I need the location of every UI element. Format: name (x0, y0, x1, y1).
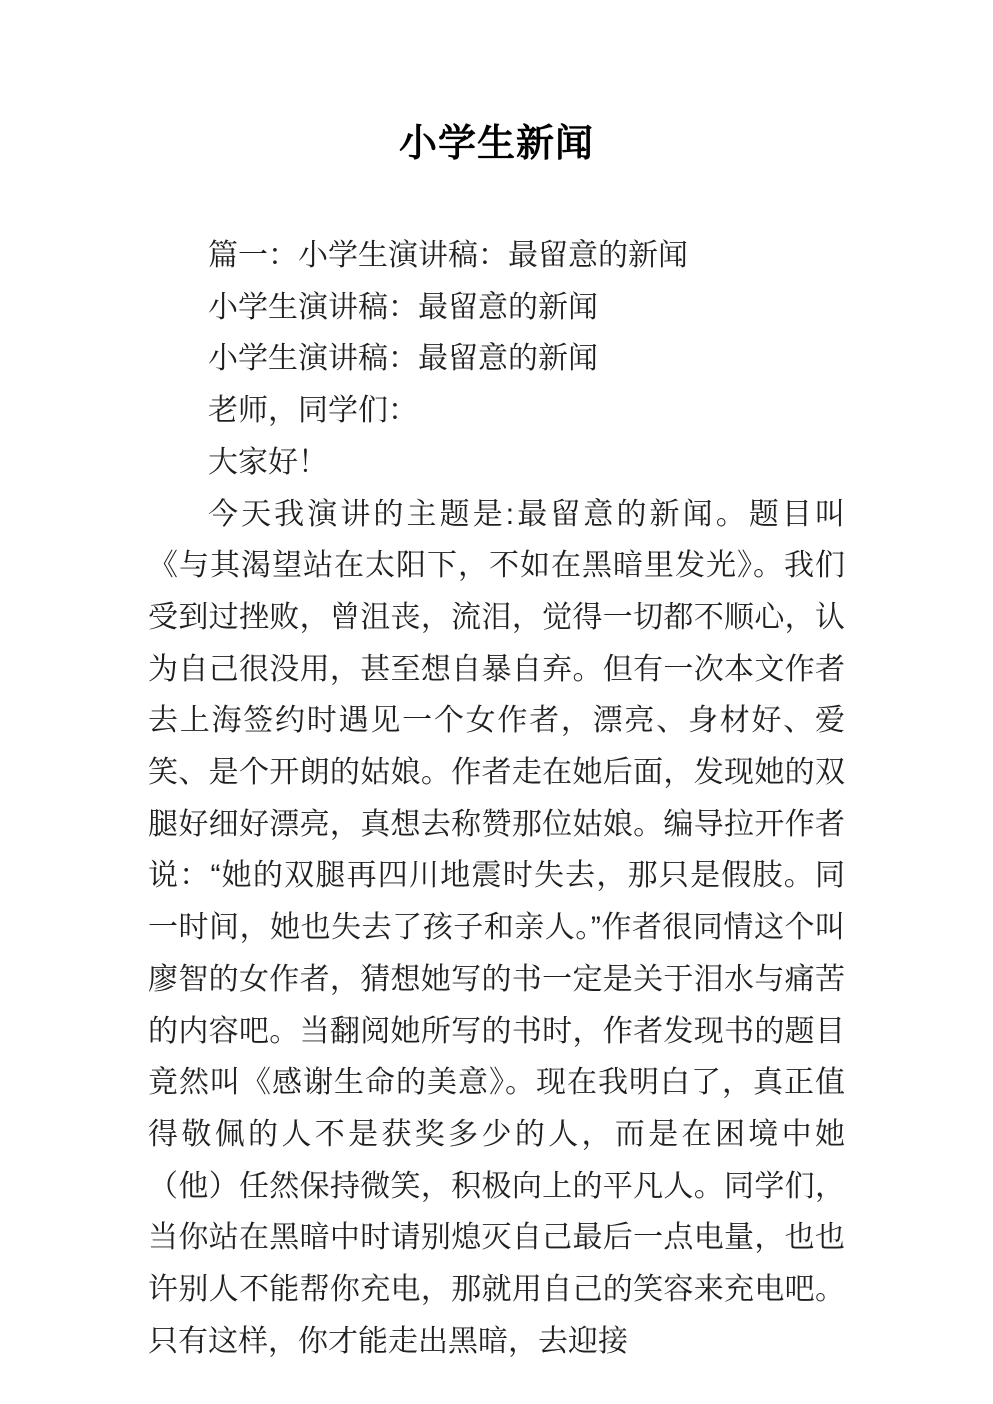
paragraph-speech-body: 今天我演讲的主题是:最留意的新闻。题目叫《与其渴望站在太阳下，不如在黑暗里发光》… (148, 489, 845, 1368)
paragraph-salutation: 老师，同学们： (148, 385, 845, 437)
document-title: 小学生新闻 (148, 120, 845, 168)
paragraph-subtitle: 小学生演讲稿：最留意的新闻 (148, 282, 845, 334)
paragraph-greeting: 大家好！ (148, 437, 845, 489)
document-body: 篇一：小学生演讲稿：最留意的新闻 小学生演讲稿：最留意的新闻 小学生演讲稿：最留… (148, 230, 845, 1367)
document-page: 小学生新闻 篇一：小学生演讲稿：最留意的新闻 小学生演讲稿：最留意的新闻 小学生… (0, 0, 993, 1404)
paragraph-heading: 篇一：小学生演讲稿：最留意的新闻 (148, 230, 845, 282)
paragraph-subtitle-repeat: 小学生演讲稿：最留意的新闻 (148, 333, 845, 385)
